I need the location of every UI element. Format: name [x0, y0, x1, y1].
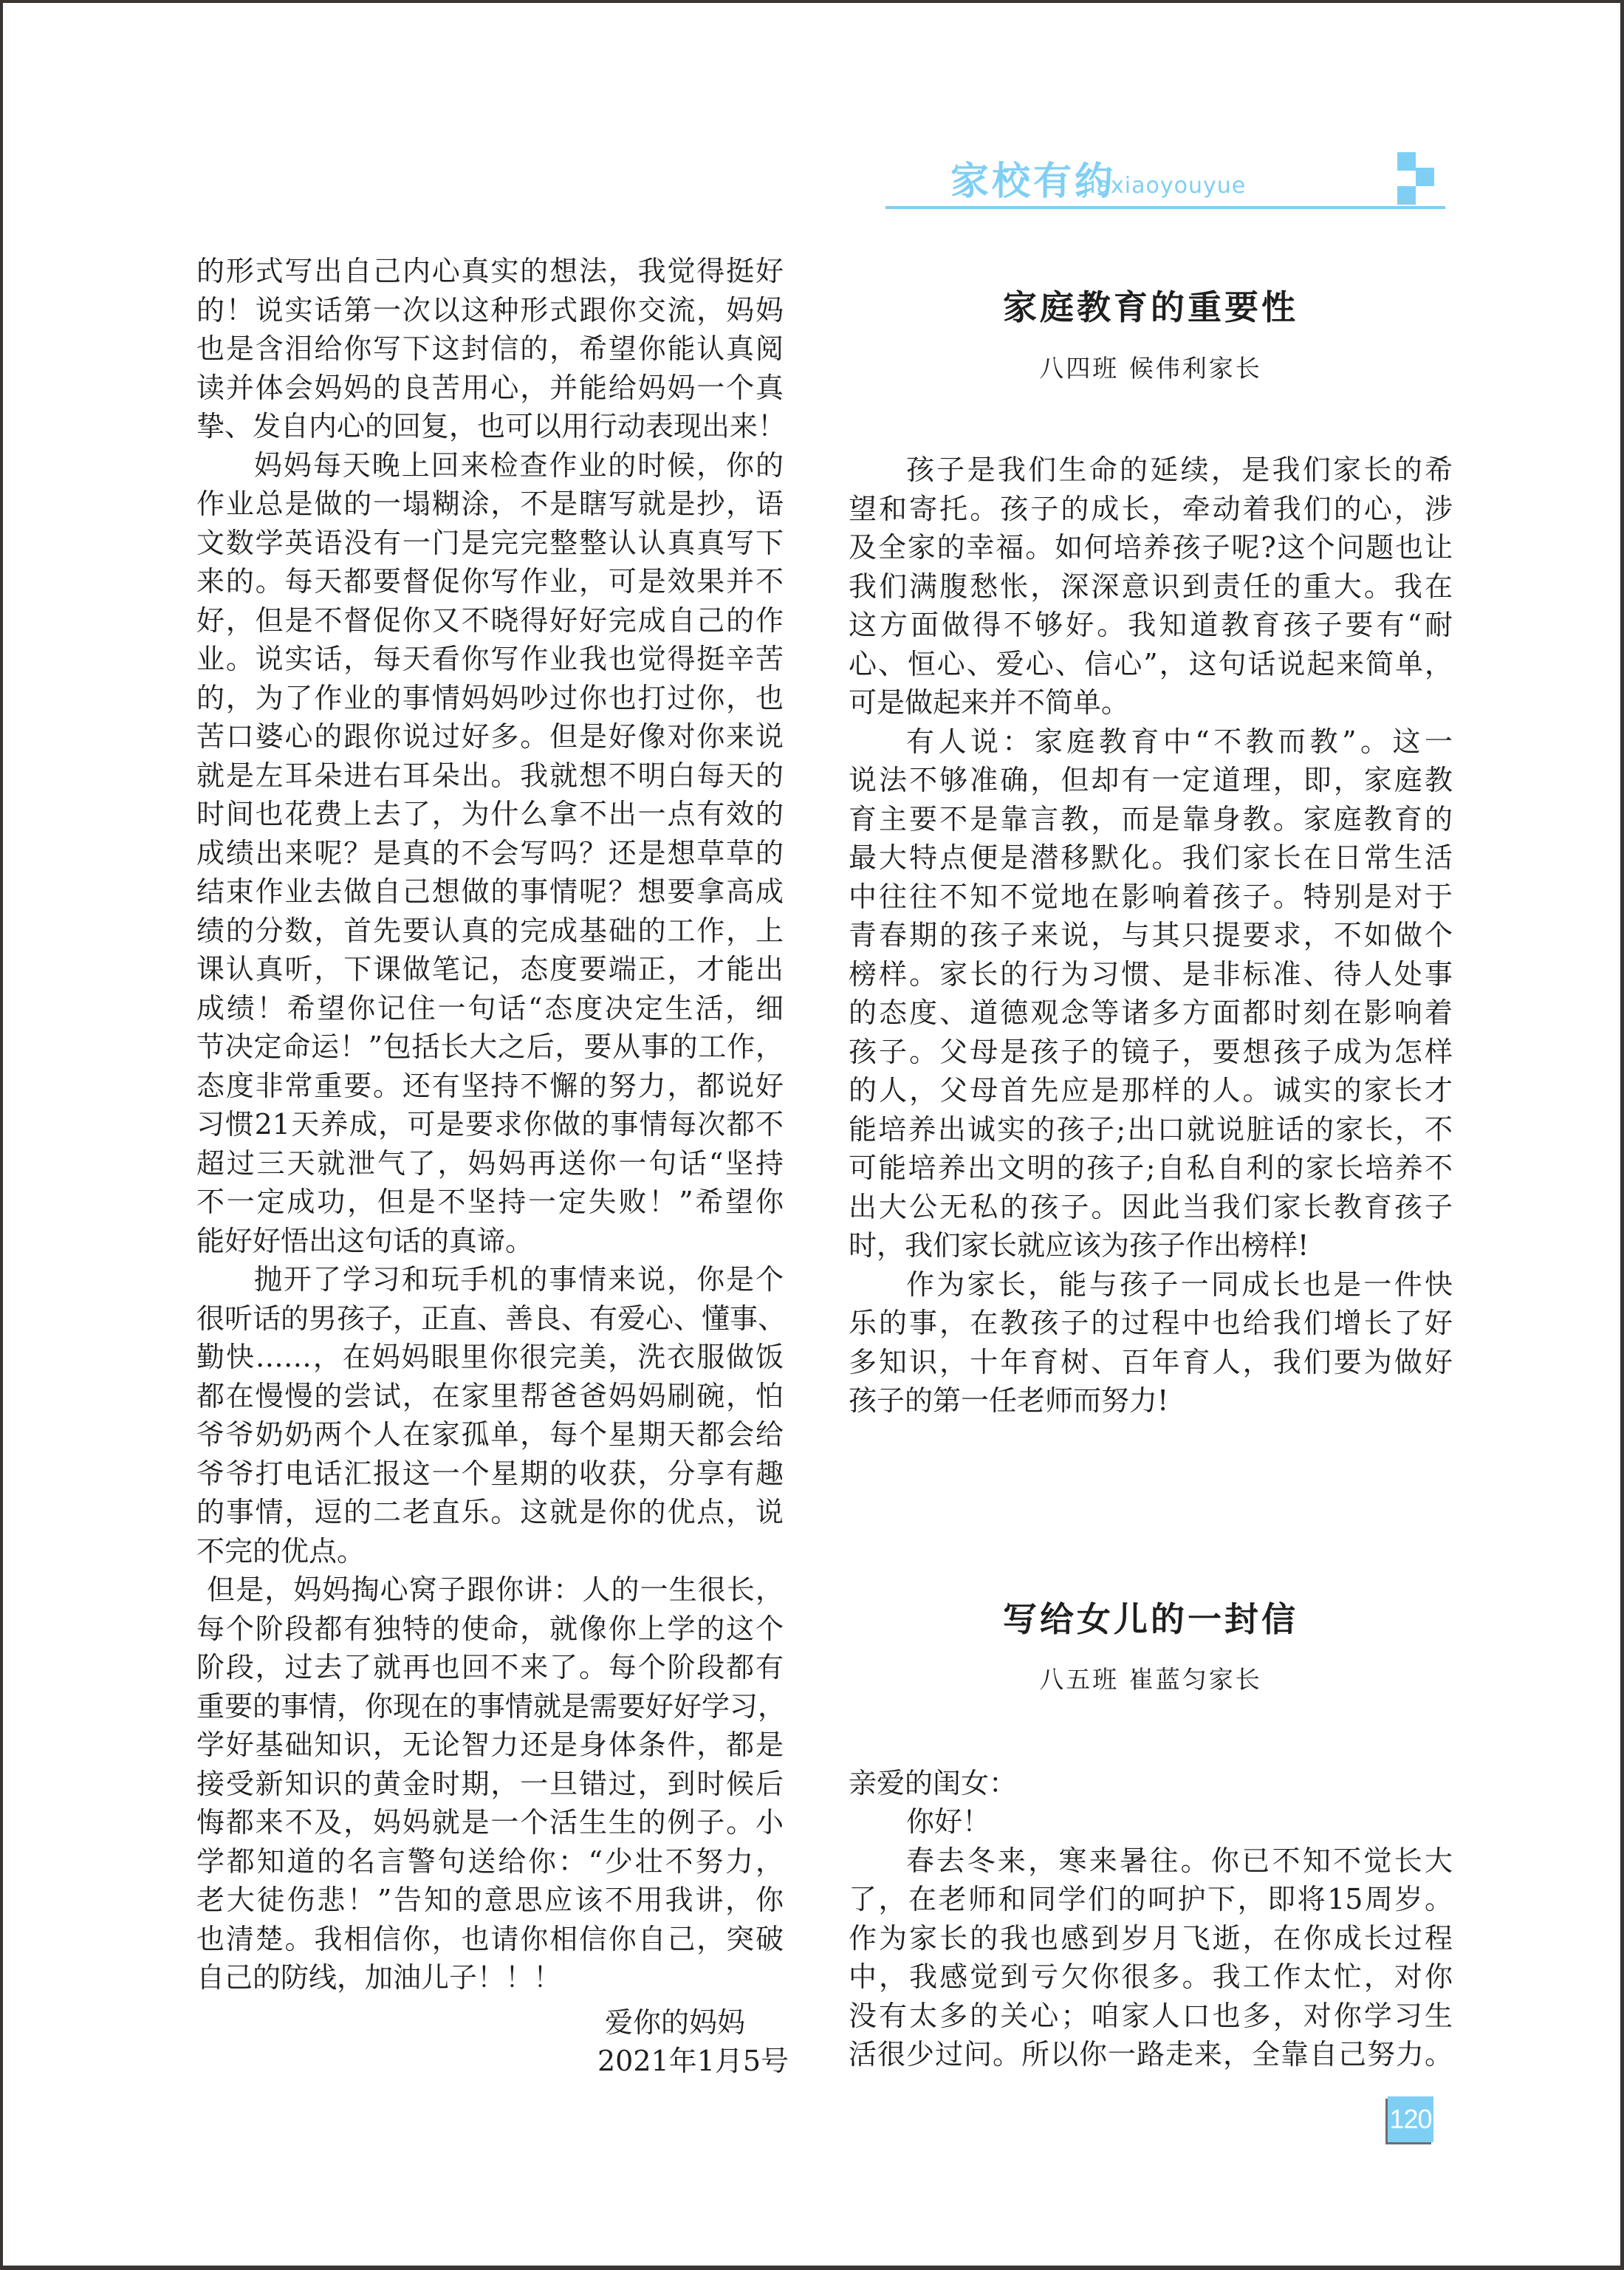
text-line: 没有太多的关心；咱家人口也多，对你学习生 — [849, 1997, 1453, 2035]
text-line: 成绩！希望你记住一句话“态度决定生活，细 — [196, 989, 784, 1028]
text-line: 育主要不是靠言教，而是靠身教。家庭教育的 — [849, 800, 1453, 838]
text-line: 亲爱的闺女： — [849, 1764, 1453, 1802]
text-line: 可能培养出文明的孩子;自私自利的家长培养不 — [849, 1149, 1453, 1187]
square-2 — [1416, 168, 1434, 186]
text-line: 孩子是我们生命的延续，是我们家长的希 — [849, 451, 1453, 489]
text-line: 能好好悟出这句话的真谛。 — [196, 1222, 784, 1260]
text-line: 时间也花费上去了，为什么拿不出一点有效的 — [196, 795, 784, 833]
text-line: 悔都来不及，妈妈就是一个活生生的例子。小 — [196, 1803, 784, 1842]
text-line: 学好基础知识，无论智力还是身体条件，都是 — [196, 1726, 784, 1764]
text-line: 望和寄托。孩子的成长，牵动着我们的心，涉 — [849, 490, 1453, 528]
text-line: 乐的事，在教孩子的过程中也给我们增长了好 — [849, 1304, 1453, 1342]
text-line: 习惯21天养成，可是要求你做的事情每次都不 — [196, 1105, 784, 1143]
text-line: 文数学英语没有一门是完完整整认认真真写下 — [196, 524, 784, 562]
text-line: 很听话的男孩子，正直、善良、有爱心、懂事、 — [196, 1299, 784, 1338]
text-line: 来的。每天都要督促你写作业，可是效果并不 — [196, 562, 784, 601]
text-line: 好，但是不督促你又不晓得好好完成自己的作 — [196, 601, 784, 640]
text-line: 的！说实话第一次以这种形式跟你交流，妈妈 — [196, 291, 784, 329]
text-line: 的事情，逗的二老直乐。这就是你的优点，说 — [196, 1493, 784, 1531]
text-line: 可是做起来并不简单。 — [849, 683, 1453, 722]
text-line: 阶段，过去了就再也回不来了。每个阶段都有 — [196, 1648, 784, 1686]
text-line: 抛开了学习和玩手机的事情来说，你是个 — [196, 1260, 784, 1299]
article-title: 写给女儿的一封信 — [849, 1597, 1453, 1641]
text-line: 成绩出来呢？是真的不会写吗？还是想草草的 — [196, 834, 784, 872]
text-line: 不一定成功，但是不坚持一定失败！”希望你 — [196, 1183, 784, 1221]
text-line: 的人，父母首先应是那样的人。诚实的家长才 — [849, 1071, 1453, 1110]
text-line: 最大特点便是潜移默化。我们家长在日常生活 — [849, 838, 1453, 877]
text-line: 中往往不知不觉地在影响着孩子。特别是对于 — [849, 878, 1453, 916]
text-line: 你好！ — [849, 1802, 1453, 1841]
text-line: 学都知道的名言警句送给你：“少壮不努力， — [196, 1842, 784, 1881]
text-line: 出大公无私的孩子。因此当我们家长教育孩子 — [849, 1188, 1453, 1226]
text-line: 的，为了作业的事情妈妈吵过你也打过你，也 — [196, 679, 784, 717]
text-line: 孩子。父母是孩子的镜子，要想孩子成为怎样 — [849, 1033, 1453, 1071]
text-line: 接受新知识的黄金时期，一旦错过，到时候后 — [196, 1765, 784, 1803]
text-line: 活很少过问。所以你一路走来，全靠自己努力。 — [849, 2035, 1453, 2074]
article-byline: 八五班 崔蓝匀家长 — [849, 1664, 1453, 1696]
text-line: 及全家的幸福。如何培养孩子呢?这个问题也让 — [849, 528, 1453, 567]
text-line: 态度非常重要。还有坚持不懈的努力，都说好 — [196, 1067, 784, 1105]
text-line: 读并体会妈妈的良苦用心，并能给妈妈一个真 — [196, 369, 784, 407]
text-line: 重要的事情，你现在的事情就是需要好好学习， — [196, 1687, 784, 1726]
square-1 — [1397, 152, 1416, 171]
text-line: 说法不够准确，但却有一定道理，即，家庭教 — [849, 761, 1453, 799]
text-line: 苦口婆心的跟你说过好多。但是好像对你来说 — [196, 717, 784, 756]
text-line: 作为家长，能与孩子一同成长也是一件快 — [849, 1265, 1453, 1304]
text-line: 老大徒伤悲！”告知的意思应该不用我讲，你 — [196, 1881, 784, 1919]
text-line: 的形式写出自己内心真实的想法，我觉得挺好 — [196, 252, 784, 290]
text-line: 孩子的第一任老师而努力! — [849, 1381, 1453, 1420]
text-line: 也清楚。我相信你，也请你相信你自己，突破 — [196, 1920, 784, 1958]
text-line: 作为家长的我也感到岁月飞逝，在你成长过程 — [849, 1919, 1453, 1958]
text-line: 挚、发自内心的回复，也可以用行动表现出来！ — [196, 407, 784, 445]
text-line: 爷爷打电话汇报这一个星期的收获，分享有趣 — [196, 1454, 784, 1493]
article-byline: 八四班 候伟利家长 — [849, 352, 1453, 385]
text-line: 有人说：家庭教育中“不教而教”。这一 — [849, 722, 1453, 761]
header-rule — [885, 206, 1445, 209]
text-line: 春去冬来，寒来暑往。你已不知不觉长大 — [849, 1842, 1453, 1880]
text-line: 节决定命运！”包括长大之后，要从事的工作， — [196, 1028, 784, 1066]
text-line: 但是，妈妈掏心窝子跟你讲：人的一生很长， — [196, 1570, 784, 1609]
text-line: 勤快……，在妈妈眼里你很完美，洗衣服做饭 — [196, 1338, 784, 1376]
text-line: 这方面做得不够好。我知道教育孩子要有“耐 — [849, 606, 1453, 644]
text-line: 结束作业去做自己想做的事情呢？想要拿高成 — [196, 872, 784, 911]
text-line: 自己的防线，加油儿子！！！ — [196, 1958, 784, 1997]
text-line: 都在慢慢的尝试，在家里帮爸爸妈妈刷碗，怕 — [196, 1377, 784, 1415]
text-line: 时，我们家长就应该为孩子作出榜样! — [849, 1226, 1453, 1265]
text-line: 业。说实话，每天看你写作业我也觉得挺辛苦 — [196, 640, 784, 678]
text-line: 课认真听，下课做笔记，态度要端正，才能出 — [196, 950, 784, 988]
text-line: 中，我感觉到亏欠你很多。我工作太忙，对你 — [849, 1958, 1453, 1996]
letter-signature: 爱你的妈妈 — [605, 2003, 745, 2042]
text-line: 心、恒心、爱心、信心”，这句话说起来简单， — [849, 645, 1453, 683]
letter-date: 2021年1月5号 — [597, 2042, 789, 2080]
text-line: 多知识，十年育树、百年育人，我们要为做好 — [849, 1343, 1453, 1381]
magazine-page: 家校有约 jiaxiaoyouyue 的形式写出自己内心真实的想法，我觉得挺好 … — [0, 0, 1624, 2270]
text-line: 我们满腹愁怅，深深意识到责任的重大。我在 — [849, 567, 1453, 606]
text-line: 超过三天就泄气了，妈妈再送你一句话“坚持 — [196, 1144, 784, 1183]
page-number: 120 — [1388, 2096, 1433, 2142]
article-title: 家庭教育的重要性 — [849, 285, 1453, 329]
text-line: 作业总是做的一塌糊涂，不是瞎写就是抄，语 — [196, 485, 784, 523]
text-line: 妈妈每天晚上回来检查作业的时候，你的 — [196, 446, 784, 485]
text-line: 榜样。家长的行为习惯、是非标准、待人处事 — [849, 955, 1453, 994]
text-line: 了，在老师和同学们的呵护下，即将15周岁。 — [849, 1880, 1453, 1918]
square-3 — [1397, 186, 1416, 205]
section-pinyin: jiaxiaoyouyue — [1083, 171, 1246, 201]
text-line: 就是左耳朵进右耳朵出。我就想不明白每天的 — [196, 756, 784, 795]
text-line: 绩的分数，首先要认真的完成基础的工作，上 — [196, 912, 784, 950]
text-line: 不完的优点。 — [196, 1532, 784, 1570]
text-line: 爷爷奶奶两个人在家孤单，每个星期天都会给 — [196, 1415, 784, 1454]
text-line: 青春期的孩子来说，与其只提要求，不如做个 — [849, 916, 1453, 954]
text-line: 的态度、道德观念等诸多方面都时刻在影响着 — [849, 994, 1453, 1032]
text-line: 能培养出诚实的孩子;出口就说脏话的家长，不 — [849, 1110, 1453, 1149]
text-line: 也是含泪给你写下这封信的，希望你能认真阅 — [196, 329, 784, 368]
text-line: 每个阶段都有独特的使命，就像你上学的这个 — [196, 1610, 784, 1648]
